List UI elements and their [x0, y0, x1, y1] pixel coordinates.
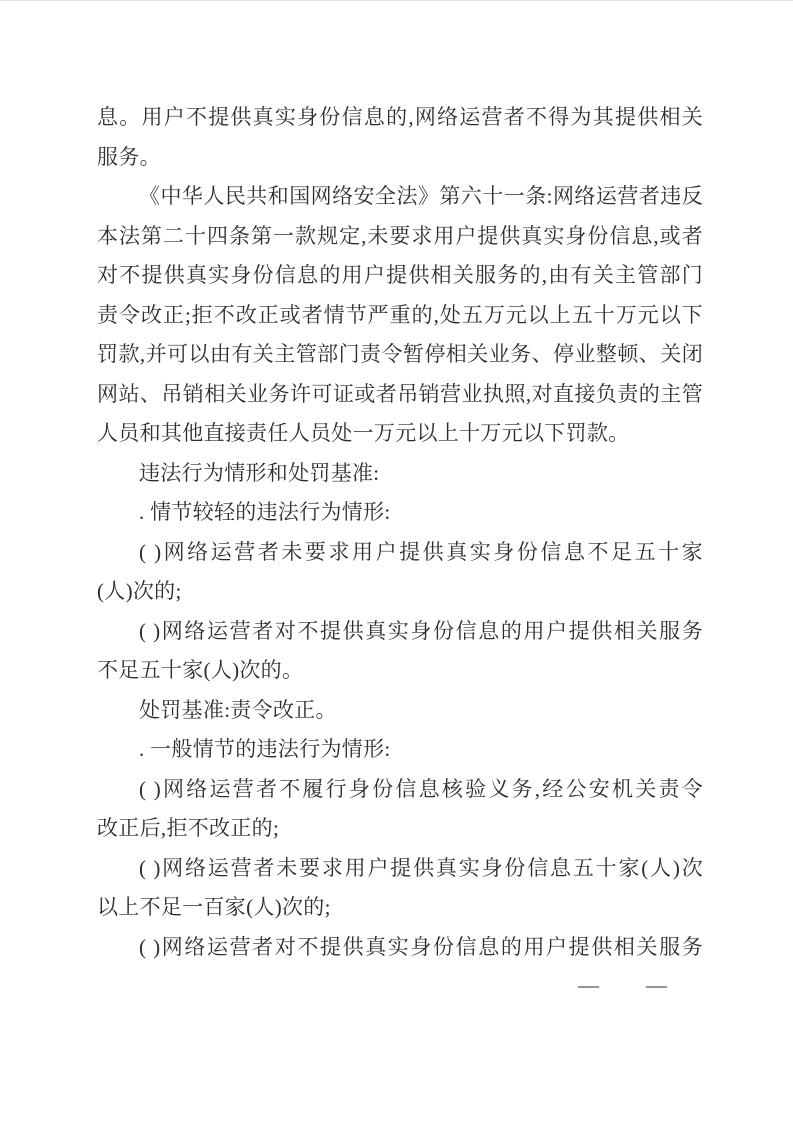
text-line: 人员和其他直接责任人员处一万元以上十万元以下罚款。: [97, 414, 703, 454]
text-line: 不足五十家(人)次的。: [97, 651, 703, 691]
text-line: 对不提供真实身份信息的用户提供相关服务的,由有关主管部门: [97, 256, 703, 296]
text-line: 息。用户不提供真实身份信息的,网络运营者不得为其提供相关: [97, 98, 703, 138]
text-line: ( )网络运营者未要求用户提供真实身份信息不足五十家: [97, 533, 703, 573]
text-line: 改正后,拒不改正的;: [97, 809, 703, 849]
text-line: 罚款,并可以由有关主管部门责令暂停相关业务、停业整顿、关闭: [97, 335, 703, 375]
text-line: 服务。: [97, 138, 703, 178]
text-line: 以上不足一百家(人)次的;: [97, 888, 703, 928]
text-line: 处罚基准:责令改正。: [97, 691, 703, 731]
text-line: . 情节较轻的违法行为情形:: [97, 493, 703, 533]
text-line: 违法行为情形和处罚基准:: [97, 454, 703, 494]
text-line: 网站、吊销相关业务许可证或者吊销营业执照,对直接负责的主管: [97, 375, 703, 415]
page-number-dash-left: —: [578, 975, 599, 996]
text-line: 本法第二十四条第一款规定,未要求用户提供真实身份信息,或者: [97, 217, 703, 257]
text-line: . 一般情节的违法行为情形:: [97, 730, 703, 770]
text-line: ( )网络运营者对不提供真实身份信息的用户提供相关服务: [97, 612, 703, 652]
page-number-dash-right: —: [646, 975, 667, 996]
document-body: 息。用户不提供真实身份信息的,网络运营者不得为其提供相关 服务。 《中华人民共和…: [97, 98, 703, 967]
text-line: ( )网络运营者未要求用户提供真实身份信息五十家(人)次: [97, 849, 703, 889]
text-line: 《中华人民共和国网络安全法》第六十一条:网络运营者违反: [97, 177, 703, 217]
text-line: ( )网络运营者不履行身份信息核验义务,经公安机关责令: [97, 770, 703, 810]
text-line: ( )网络运营者对不提供真实身份信息的用户提供相关服务: [97, 928, 703, 968]
text-line: (人)次的;: [97, 572, 703, 612]
text-line: 责令改正;拒不改正或者情节严重的,处五万元以上五十万元以下: [97, 296, 703, 336]
page-number-footer: — —: [578, 975, 667, 996]
document-page: 息。用户不提供真实身份信息的,网络运营者不得为其提供相关 服务。 《中华人民共和…: [0, 0, 793, 1122]
